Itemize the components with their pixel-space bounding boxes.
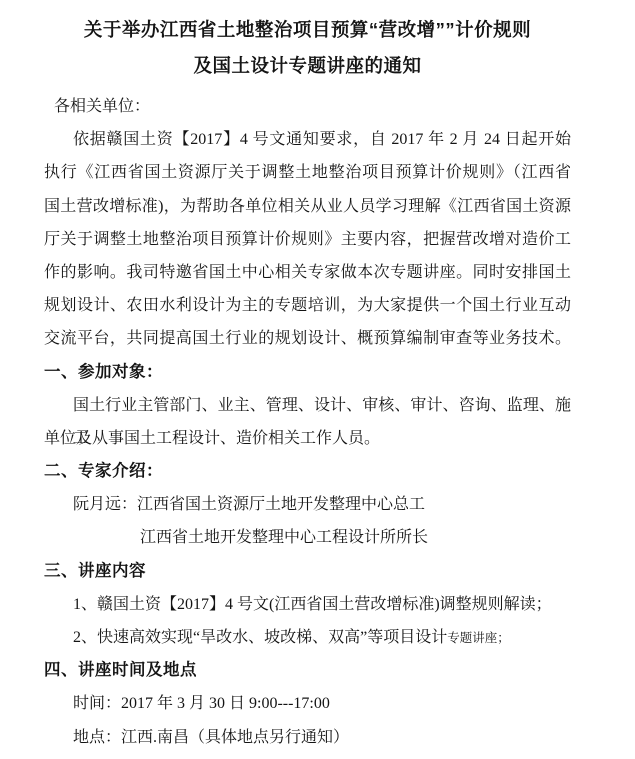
intro-line: 交流平台，共同提高国土行业的规划设计、概预算编制审查等业务技术。 (44, 322, 571, 355)
document-body: 各相关单位： 依据赣国土资【2017】4 号文通知要求，自 2017 年 2 月… (44, 90, 571, 754)
section-heading-content: 三、讲座内容 (44, 555, 571, 588)
intro-line: 国土营改增标准)，为帮助各单位相关从业人员学习理解《江西省国土资源 (44, 190, 571, 223)
notice-document: 关于举办江西省土地整治项目预算“营改增””计价规则 及国土设计专题讲座的通知 各… (0, 0, 635, 759)
section-heading-time-place: 四、讲座时间及地点 (44, 654, 571, 687)
salutation: 各相关单位： (44, 90, 571, 123)
intro-line: 规划设计、农田水利设计为主的专题培训，为大家提供一个国土行业互动 (44, 289, 571, 322)
intro-line: 依据赣国土资【2017】4 号文通知要求，自 2017 年 2 月 24 日起开… (44, 123, 571, 156)
time-line: 时间：2017 年 3 月 30 日 9:00---17:00 (44, 687, 571, 720)
lecture-item-suffix: 专题讲座； (447, 631, 510, 645)
intro-line: 作的影响。我司特邀省国土中心相关专家做本次专题讲座。同时安排国土 (44, 256, 571, 289)
lecture-item: 2、快速高效实现“旱改水、坡改梯、双高”等项目设计专题讲座； (44, 621, 571, 654)
expert-line: 江西省土地开发整理中心工程设计所所长 (44, 521, 571, 554)
lecture-item: 1、赣国土资【2017】4 号文(江西省国土营改增标准)调整规则解读； (44, 588, 571, 621)
expert-line: 阮月远：江西省国土资源厅土地开发整理中心总工 (44, 488, 571, 521)
location-line: 地点：江西.南昌（具体地点另行通知） (44, 721, 571, 754)
lecture-item-text: 1、赣国土资【2017】4 号文(江西省国土营改增标准)调整规则解读； (73, 596, 552, 613)
lecture-item-text: 2、快速高效实现“旱改水、坡改梯、双高”等项目设计 (73, 629, 447, 646)
section-heading-experts: 二、专家介绍： (44, 455, 571, 488)
document-title-line1: 关于举办江西省土地整治项目预算“营改增””计价规则 (44, 12, 571, 48)
intro-line: 执行《江西省国土资源厅关于调整土地整治项目预算计价规则》（江西省 (44, 156, 571, 189)
document-title: 关于举办江西省土地整治项目预算“营改增””计价规则 及国土设计专题讲座的通知 (44, 12, 571, 84)
participants-line: 单位及从事国土工程设计、造价相关工作人员。 (44, 422, 571, 455)
section-heading-participants: 一、参加对象： (44, 356, 571, 389)
participants-line: 国土行业主管部门、业主、管理、设计、审核、审计、咨询、监理、施工 (44, 389, 571, 422)
document-title-line2: 及国土设计专题讲座的通知 (44, 48, 571, 84)
intro-line: 厅关于调整土地整治项目预算计价规则》主要内容，把握营改增对造价工 (44, 223, 571, 256)
